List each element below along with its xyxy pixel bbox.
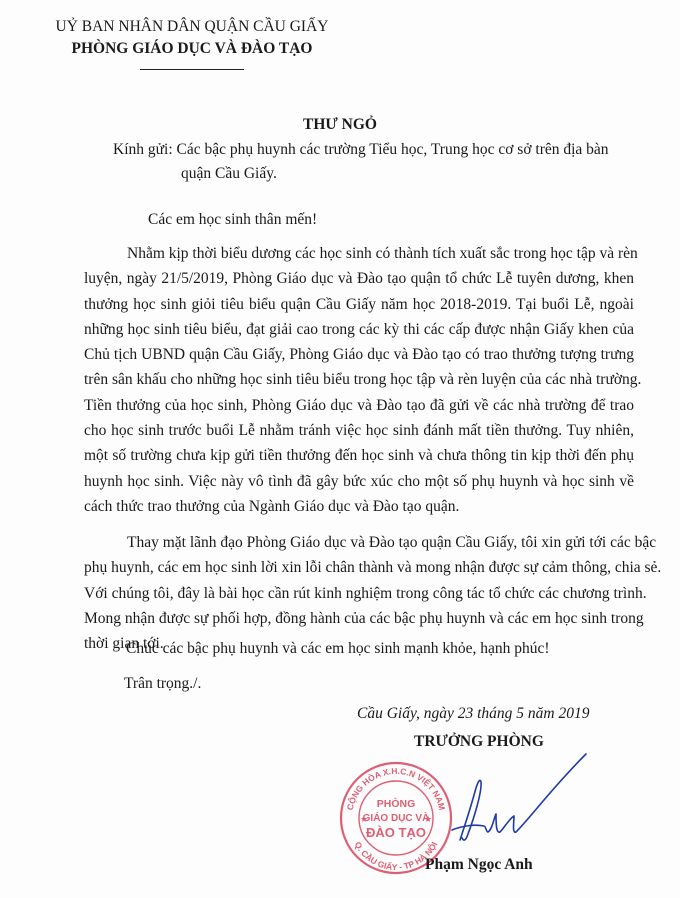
body-paragraph-1: Nhằm kịp thời biểu dương các học sinh có… — [84, 241, 634, 519]
body-line: luyện, ngày 21/5/2019, Phòng Giáo dục và… — [84, 266, 634, 291]
greeting: Các em học sinh thân mến! — [148, 211, 317, 229]
body-line: Nhằm kịp thời biểu dương các học sinh có… — [84, 241, 634, 266]
recipient-line: quận Cầu Giấy. — [113, 162, 633, 186]
letter-title: THƯ NGỎ — [0, 116, 680, 134]
body-line: một số trường chưa kịp gửi tiền thưởng đ… — [84, 443, 634, 468]
body-line: Thay mặt lãnh đạo Phòng Giáo dục và Đào … — [84, 530, 634, 555]
recipient-line: Kính gửi: Các bậc phụ huynh các trường T… — [113, 138, 633, 162]
body-paragraph-2: Thay mặt lãnh đạo Phòng Giáo dục và Đào … — [84, 530, 634, 656]
header-divider — [140, 69, 244, 70]
body-line: trên sân khấu cho những học sinh tiêu bi… — [84, 367, 634, 392]
closing-regards: Trân trọng./. — [124, 675, 201, 693]
organization-name: UỶ BAN NHÂN DÂN QUẬN CẦU GIẤY — [52, 16, 332, 38]
signer-name: Phạm Ngọc Anh — [425, 856, 533, 874]
body-line: Với chúng tôi, đây là bài học cần rút ki… — [84, 581, 634, 606]
body-line: Tiền thưởng của học sinh, Phòng Giáo dục… — [84, 393, 634, 418]
letterhead: UỶ BAN NHÂN DÂN QUẬN CẦU GIẤY PHÒNG GIÁO… — [52, 16, 332, 70]
svg-text:PHÒNG: PHÒNG — [377, 797, 416, 810]
signature-icon — [440, 748, 590, 858]
body-line: cho học sinh trước buổi Lễ nhằm tránh vi… — [84, 418, 634, 443]
svg-text:GIÁO DỤC VÀ: GIÁO DỤC VÀ — [363, 811, 430, 824]
body-line: những học sinh tiêu biểu, đạt giải cao t… — [84, 317, 634, 342]
body-line: Mong nhận được sự phối hợp, đồng hành củ… — [84, 606, 634, 631]
department-name: PHÒNG GIÁO DỤC VÀ ĐÀO TẠO — [52, 38, 332, 60]
body-line: Chủ tịch UBND quận Cầu Giấy, Phòng Giáo … — [84, 342, 634, 367]
place-and-date: Cầu Giấy, ngày 23 tháng 5 năm 2019 — [357, 705, 590, 723]
svg-text:ĐÀO TẠO: ĐÀO TẠO — [366, 825, 426, 840]
body-line: huynh học sinh. Việc này vô tình đã gây … — [84, 469, 634, 494]
recipient-block: Kính gửi: Các bậc phụ huynh các trường T… — [113, 138, 633, 186]
body-line: cách thức trao thưởng của Ngành Giáo dục… — [84, 494, 634, 519]
body-line: thưởng học sinh giỏi tiêu biểu quận Cầu … — [84, 292, 634, 317]
body-line: phụ huynh, các em học sinh lời xin lỗi c… — [84, 555, 634, 580]
closing-wish: Chúc các bậc phụ huynh và các em học sin… — [126, 640, 550, 658]
document-page: UỶ BAN NHÂN DÂN QUẬN CẦU GIẤY PHÒNG GIÁO… — [0, 0, 680, 898]
